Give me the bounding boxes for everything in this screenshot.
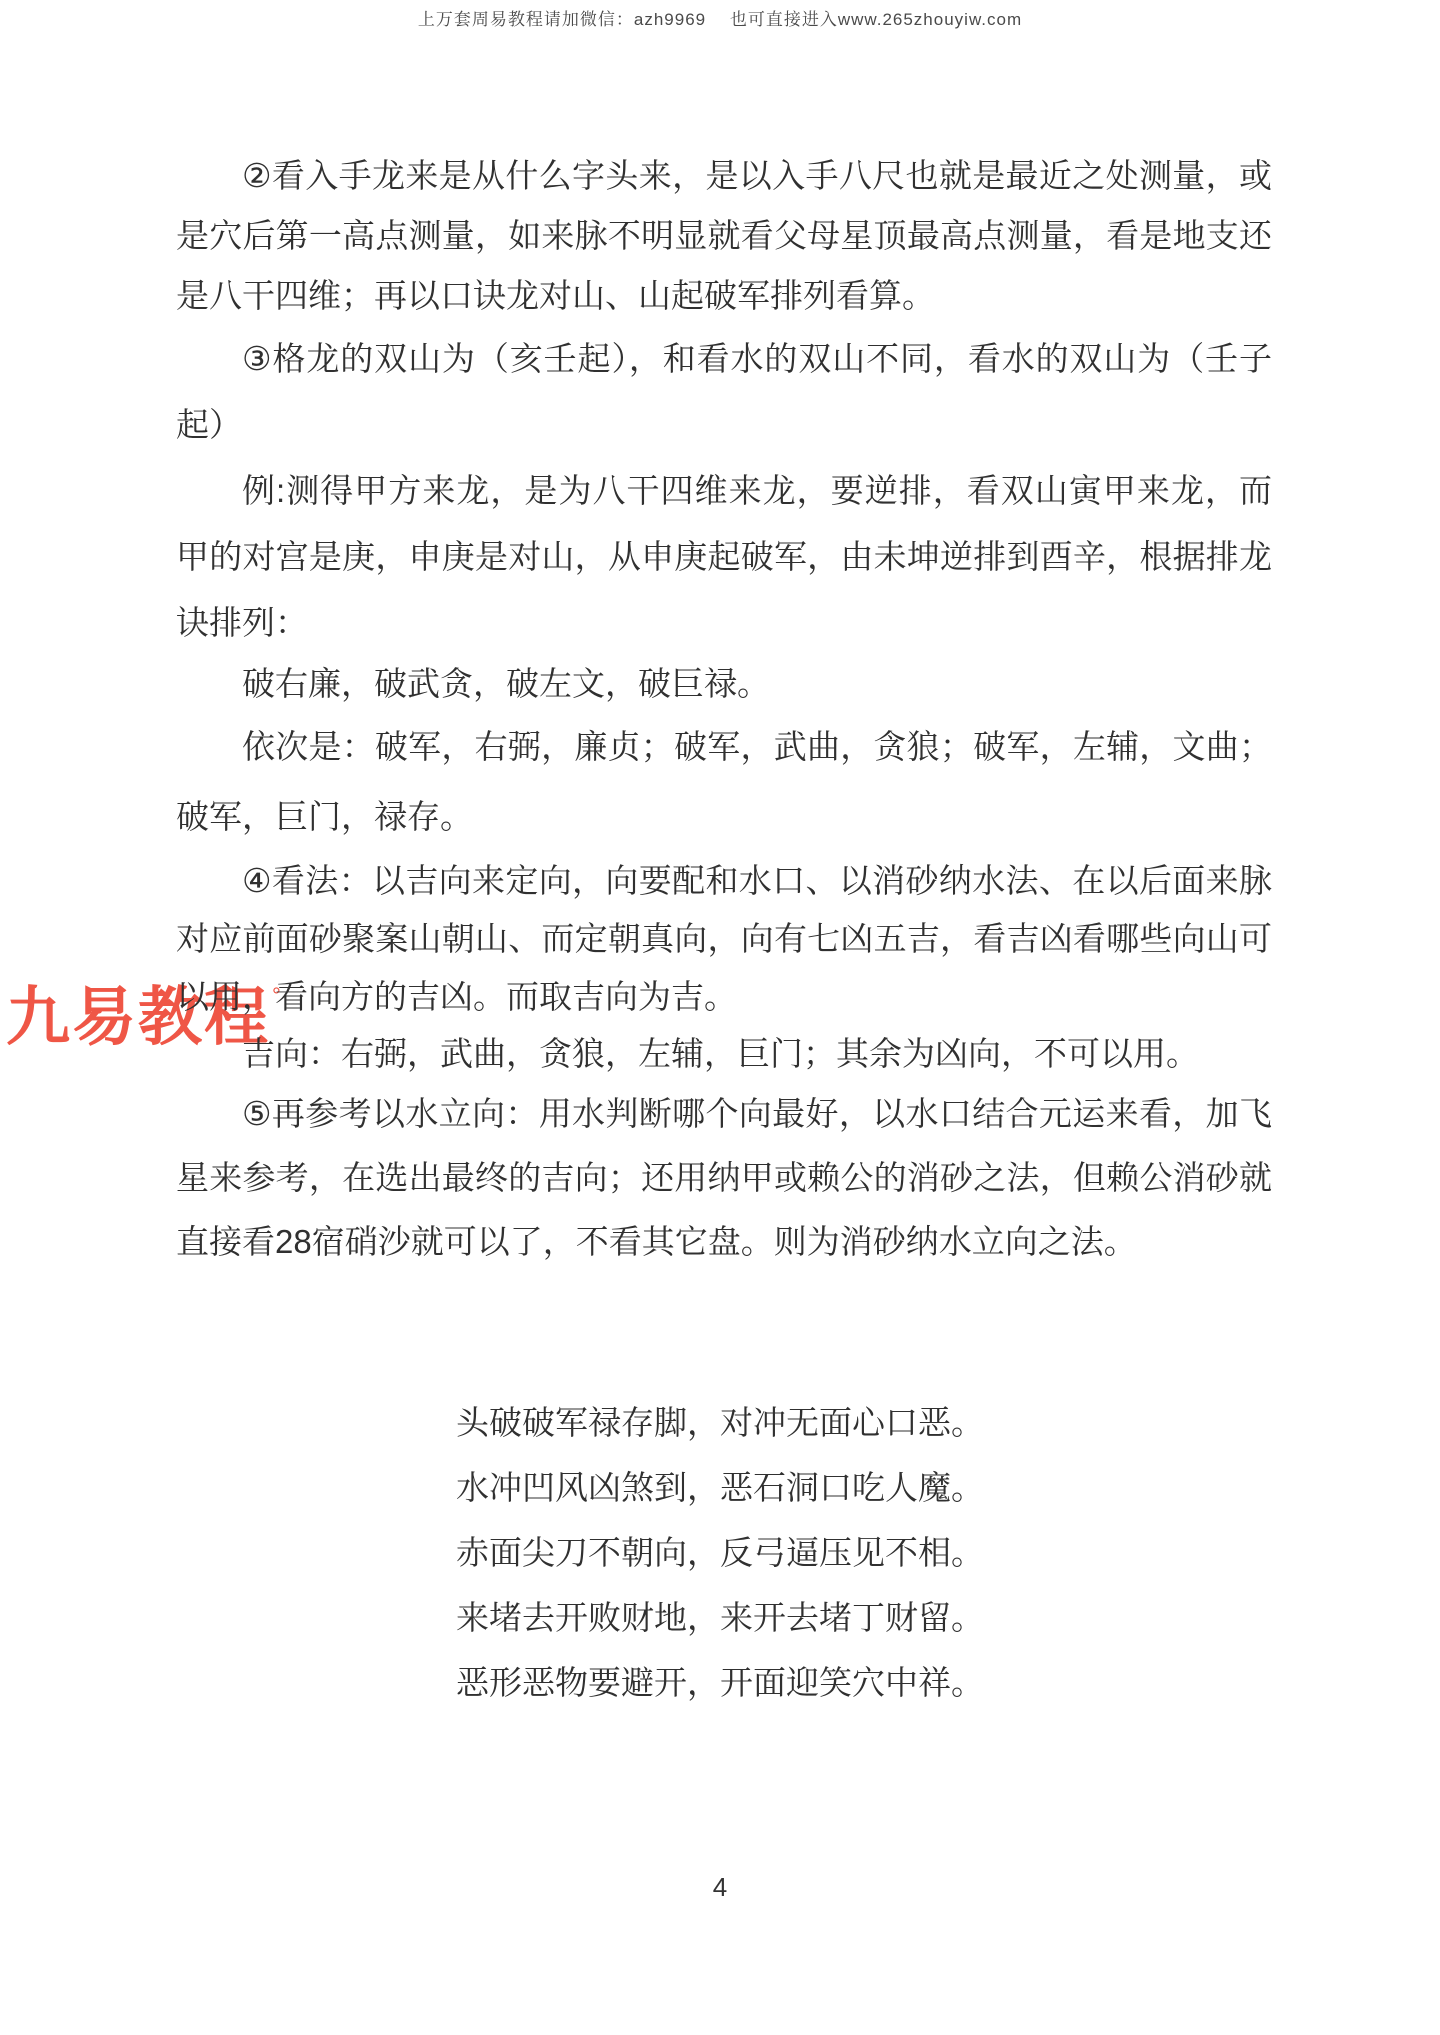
- paragraph-item-5: ⑤再参考以水立向：用水判断哪个向最好，以水口结合元运来看，加飞星来参考，在选出最…: [176, 1082, 1272, 1274]
- paragraph-item-4: ④看法：以吉向来定向，向要配和水口、以消砂纳水法、在以后面来脉对应前面砂聚案山朝…: [176, 852, 1272, 1026]
- paragraph-sequence-intro: 破右廉，破武贪，破左文，破巨禄。: [176, 656, 1272, 712]
- paragraph-example: 例:测得甲方来龙，是为八干四维来龙，要逆排，看双山寅甲来龙，而甲的对宫是庚，申庚…: [176, 458, 1272, 656]
- paragraph-item-2: ②看入手龙来是从什么字头来，是以入手八尺也就是最近之处测量，或是穴后第一高点测量…: [176, 146, 1272, 326]
- paragraph-item-3: ③格龙的双山为（亥壬起），和看水的双山不同，看水的双山为（壬子起）: [176, 326, 1272, 458]
- top-promo-note: 上万套周易教程请加微信：azh9969 也可直接进入www.265zhouyiw…: [0, 5, 1440, 30]
- verse-line: 赤面尖刀不朝向，反弓逼压见不相。: [0, 1520, 1440, 1585]
- verse-line: 来堵去开败财地，来开去堵丁财留。: [0, 1585, 1440, 1650]
- verse-line: 水冲凹风凶煞到，恶石洞口吃人魔。: [0, 1455, 1440, 1520]
- verse-line: 头破破军禄存脚，对冲无面心口恶。: [0, 1390, 1440, 1455]
- page-number: 4: [0, 1872, 1440, 1903]
- document-body: ②看入手龙来是从什么字头来，是以入手八尺也就是最近之处测量，或是穴后第一高点测量…: [176, 146, 1272, 1274]
- verse-line: 恶形恶物要避开，开面迎笑穴中祥。: [0, 1650, 1440, 1715]
- verse-block: 头破破军禄存脚，对冲无面心口恶。 水冲凹风凶煞到，恶石洞口吃人魔。 赤面尖刀不朝…: [0, 1390, 1440, 1715]
- paragraph-sequence: 依次是：破军，右弼，廉贞；破军，武曲，贪狼；破军，左辅，文曲；破军，巨门，禄存。: [176, 712, 1272, 852]
- paragraph-jixiang: 吉向：右弼，武曲，贪狼，左辅，巨门；其余为凶向，不可以用。: [176, 1026, 1272, 1082]
- document-page: 上万套周易教程请加微信：azh9969 也可直接进入www.265zhouyiw…: [0, 0, 1440, 2035]
